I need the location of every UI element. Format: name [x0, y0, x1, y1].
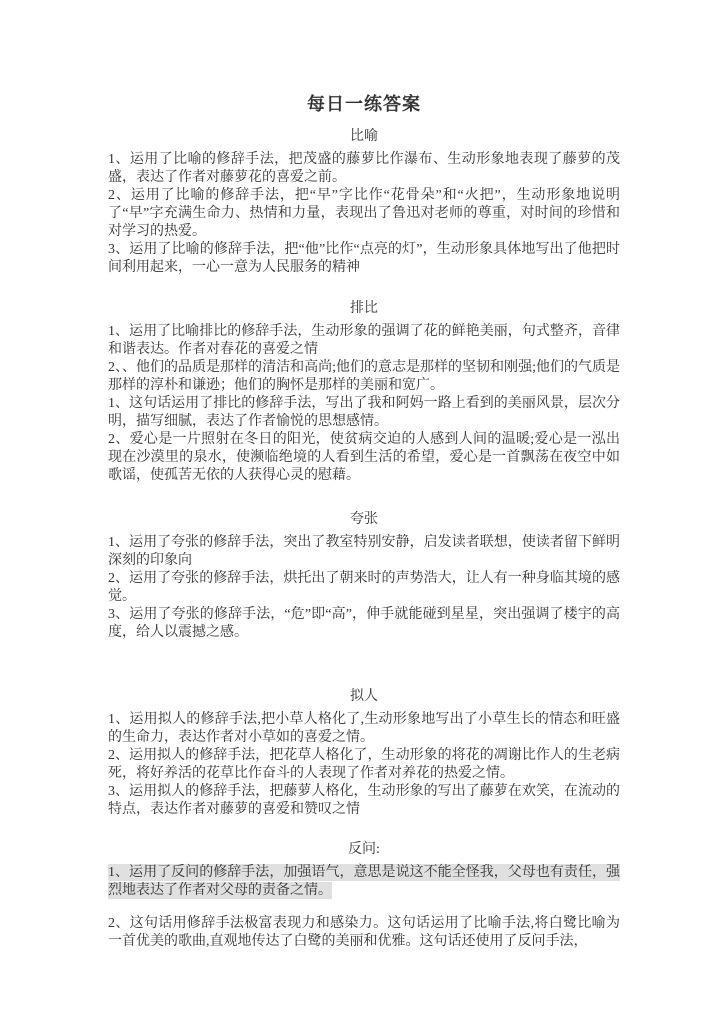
answer-item: 1、这句话运用了排比的修辞手法，写出了我和阿妈一路上看到的美丽风景，层次分明，描…	[108, 395, 620, 431]
answer-item: 1、运用了反问的修辞手法，加强语气，意思是说这不能全怪我，父母也有责任，强烈地表…	[108, 864, 620, 900]
answer-item: 1、运用了比喻的修辞手法，把茂盛的藤萝比作瀑布、生动形象地表现了藤萝的茂盛，表达…	[108, 151, 620, 187]
answer-item: 2、运用了夸张的修辞手法，烘托出了朝来时的声势浩大，让人有一种身临其境的感觉。	[108, 570, 620, 606]
answer-item: 2、运用了比喻的修辞手法，把“早”字比作“花骨朵”和“火把”，生动形象地说明了“…	[108, 187, 620, 241]
answer-item: 2、、他们的品质是那样的清洁和高尚;他们的意志是那样的坚韧和刚强;他们的气质是那…	[108, 359, 620, 395]
answer-item: 1、运用拟人的修辞手法,把小草人格化了,生动形象地写出了小草生长的情态和旺盛的生…	[108, 711, 620, 747]
section-paibi: 排比 1、运用了比喻排比的修辞手法，生动形象的强调了花的鲜艳美丽，句式整齐，音律…	[108, 300, 620, 485]
answer-item: 3、运用了比喻的修辞手法，把“他”比作“点亮的灯”，生动形象具体地写出了他把时间…	[108, 241, 620, 277]
answer-item: 2、运用拟人的修辞手法，把花草人格化了，生动形象的将花的凋谢比作人的生老病死，将…	[108, 747, 620, 783]
section-kuazhang: 夸张 1、运用了夸张的修辞手法，突出了教室特别安静，启发读者联想，使读者留下鲜明…	[108, 511, 620, 642]
answer-item: 2、这句话用修辞手法极富表现力和感染力。这句话运用了比喻手法,将白鹭比喻为一首优…	[108, 915, 620, 951]
document-page: 每日一练答案 比喻 1、运用了比喻的修辞手法，把茂盛的藤萝比作瀑布、生动形象地表…	[0, 0, 724, 1024]
answer-item: 3、运用拟人的修辞手法，把藤萝人格化，生动形象的写出了藤萝在欢笑，在流动的特点，…	[108, 783, 620, 819]
highlighted-text: 1、运用了反问的修辞手法，加强语气，意思是说这不能全怪我，父母也有责任，强烈地表…	[108, 864, 620, 899]
answer-item: 3、运用了夸张的修辞手法，“危”即“高”，伸手就能碰到星星，突出强调了楼宇的高度…	[108, 606, 620, 642]
section-heading-paibi: 排比	[108, 300, 620, 318]
section-heading-biyu: 比喻	[108, 128, 620, 146]
section-fanwen: 反问: 1、运用了反问的修辞手法，加强语气，意思是说这不能全怪我，父母也有责任，…	[108, 841, 620, 951]
answer-item: 1、运用了夸张的修辞手法，突出了教室特别安静，启发读者联想，使读者留下鲜明深刻的…	[108, 534, 620, 570]
document-content: 每日一练答案 比喻 1、运用了比喻的修辞手法，把茂盛的藤萝比作瀑布、生动形象地表…	[108, 0, 620, 951]
section-heading-kuazhang: 夸张	[108, 511, 620, 529]
section-heading-fanwen: 反问:	[108, 841, 620, 859]
answer-item: 1、运用了比喻排比的修辞手法，生动形象的强调了花的鲜艳美丽，句式整齐，音律和谐表…	[108, 323, 620, 359]
section-heading-niren: 拟人	[108, 688, 620, 706]
section-biyu: 比喻 1、运用了比喻的修辞手法，把茂盛的藤萝比作瀑布、生动形象地表现了藤萝的茂盛…	[108, 128, 620, 277]
page-title: 每日一练答案	[108, 93, 620, 115]
section-niren: 拟人 1、运用拟人的修辞手法,把小草人格化了,生动形象地写出了小草生长的情态和旺…	[108, 688, 620, 819]
answer-item: 2、爱心是一片照射在冬日的阳光，使贫病交迫的人感到人间的温暖;爱心是一泓出现在沙…	[108, 431, 620, 485]
